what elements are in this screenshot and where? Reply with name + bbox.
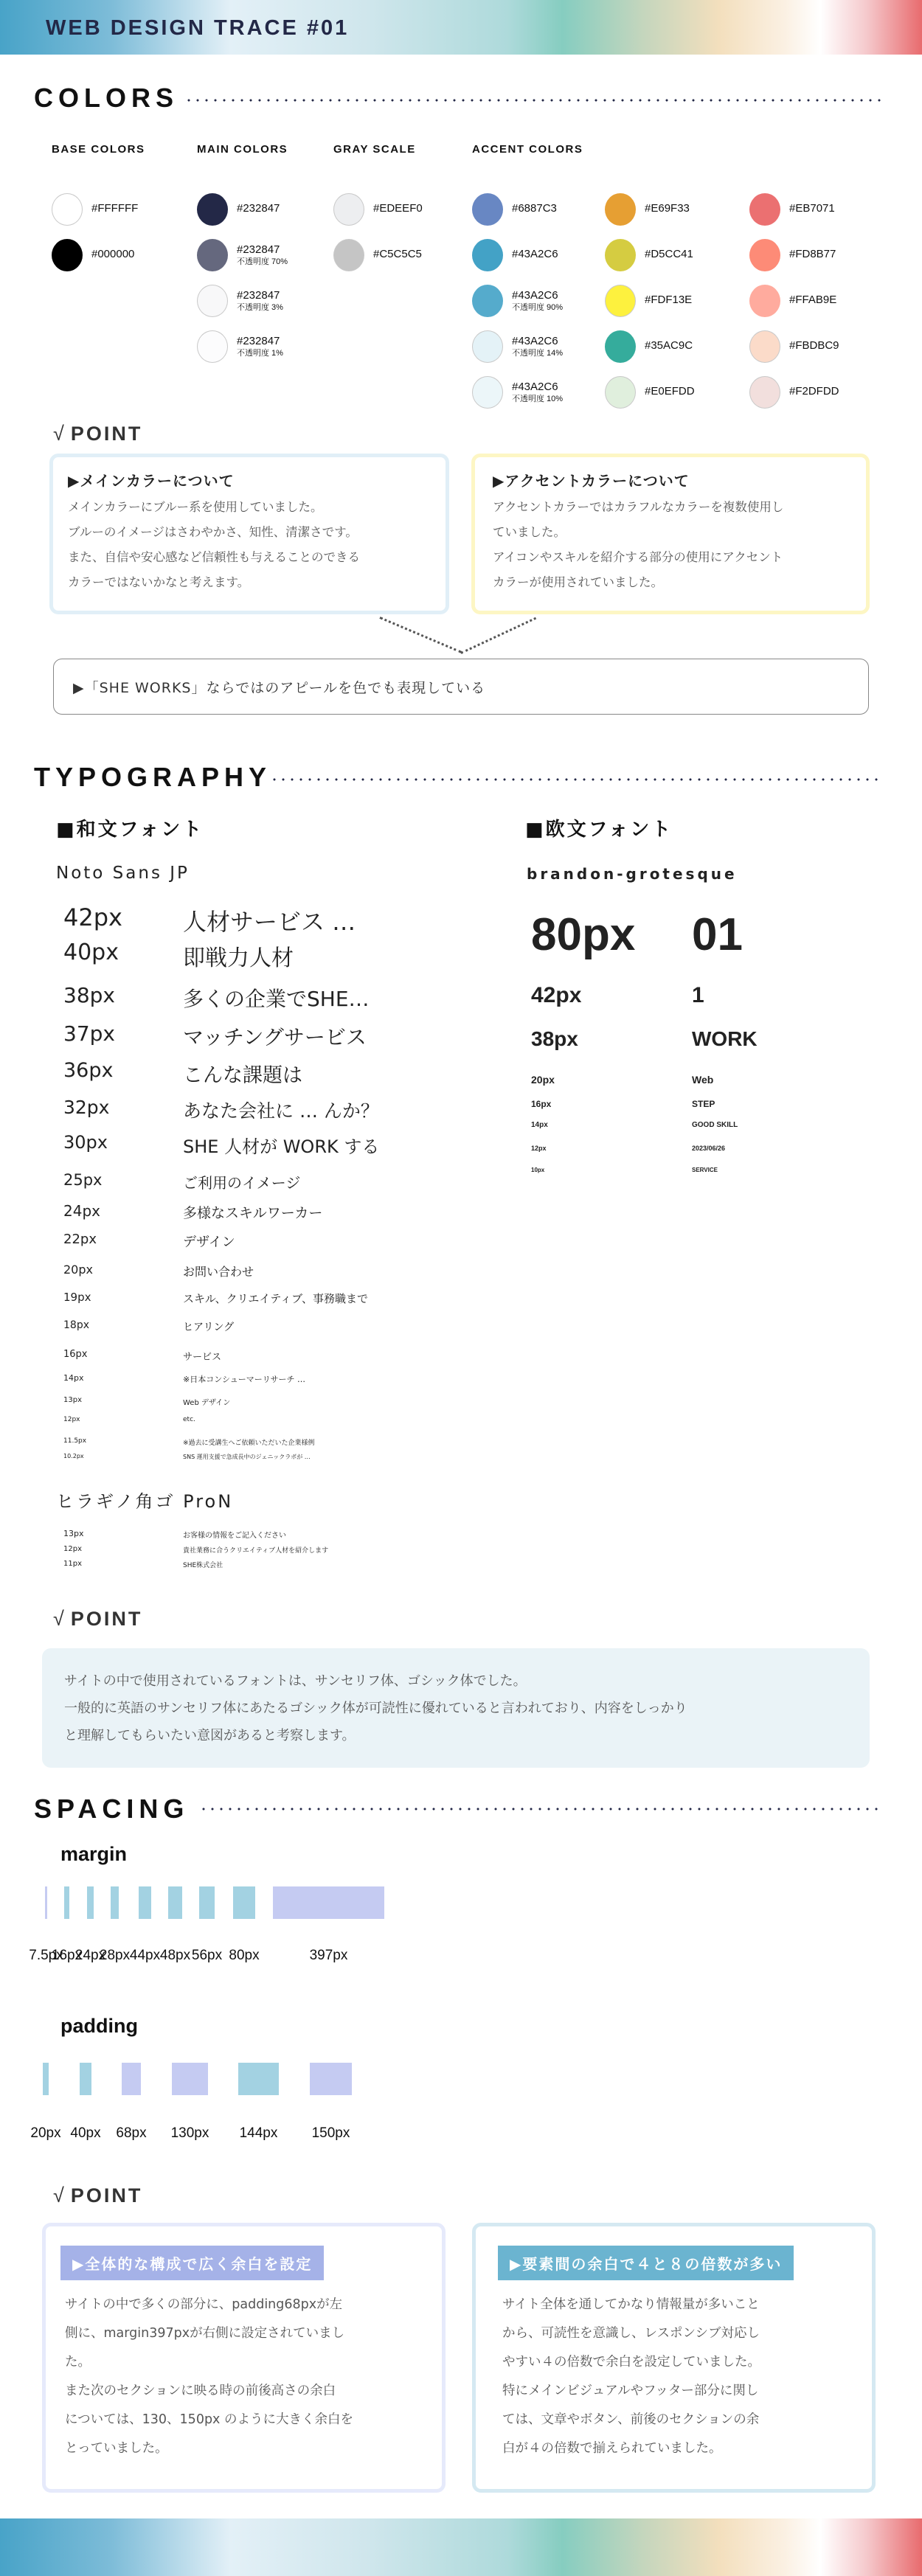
spacing-right-box-title: ▶要素間の余白で４と８の倍数が多い	[498, 2246, 794, 2280]
color-label: #FDF13E	[645, 294, 692, 308]
colors-point-heading: √POINT	[53, 423, 142, 445]
font-size-label: 36px	[63, 1059, 113, 1082]
color-circle	[605, 376, 636, 409]
spacing-value-label: 44px	[130, 1948, 160, 1964]
spacing-bar	[310, 2063, 352, 2095]
font-size-label: 12px	[531, 1145, 547, 1152]
color-circle	[605, 330, 636, 363]
font-size-label: 42px	[63, 903, 122, 931]
font-sample-text: GOOD SKILL	[692, 1121, 738, 1129]
font-size-label: 12px	[63, 1545, 82, 1553]
spacing-value-label: 144px	[240, 2125, 278, 2142]
font-size-label: 13px	[63, 1396, 82, 1404]
spacing-left-box-body: サイトの中で多くの部分に、padding68pxが左 側に、margin397p…	[60, 2291, 427, 2463]
dotted-divider	[199, 1808, 882, 1811]
spacing-value-label: 68px	[116, 2125, 146, 2142]
spacing-bar	[273, 1886, 384, 1919]
font-sample-text: SHE株式会社	[183, 1560, 223, 1569]
hiragino-label: ヒラギノ角ゴ ProN	[56, 1487, 233, 1513]
color-circle	[472, 376, 503, 409]
summary-callout: ▶「SHE WORKS」ならではのアピールを色でも表現している	[53, 659, 869, 715]
color-swatch: #232847	[197, 193, 280, 226]
font-size-label: 20px	[63, 1263, 93, 1277]
color-circle	[605, 239, 636, 271]
check-icon: √	[53, 1608, 66, 1630]
typography-note: サイトの中で使用されているフォントは、サンセリフ体、ゴシック体でした。 一般的に…	[42, 1648, 870, 1768]
color-circle	[749, 376, 780, 409]
spacing-bar	[199, 1886, 215, 1919]
spacing-left-box: ▶全体的な構成で広く余白を設定 サイトの中で多くの部分に、padding68px…	[42, 2223, 446, 2493]
font-sample-text: ヒアリング	[183, 1319, 234, 1334]
font-size-label: 22px	[63, 1232, 97, 1247]
color-swatch: #FDF13E	[605, 285, 692, 317]
color-label: #FFFFFF	[91, 203, 138, 217]
main-color-box: ▶メインカラーについて メインカラーにブルー系を使用していました。 ブルーのイメ…	[49, 454, 449, 614]
color-circle	[605, 285, 636, 317]
color-label: #35AC9C	[645, 340, 693, 354]
dotted-divider	[270, 778, 882, 781]
color-label: #F2DFDD	[789, 386, 839, 400]
font-size-label: 11.5px	[63, 1437, 86, 1445]
dotted-divider	[184, 99, 881, 102]
color-swatch: #232847不透明度 70%	[197, 239, 288, 271]
color-circle	[749, 239, 780, 271]
spacing-right-box-body: サイト全体を通してかなり情報量が多いこと から、可読性を意識し、レスポンシブ対応…	[498, 2291, 850, 2463]
color-swatch: #FFFFFF	[52, 193, 138, 226]
color-label: #43A2C6不透明度 10%	[512, 381, 563, 404]
spacing-value-label: 397px	[310, 1948, 348, 1964]
spacing-value-label: 80px	[229, 1948, 259, 1964]
brandon-grotesque-label: brandon-grotesque	[527, 865, 738, 883]
color-label: #232847不透明度 70%	[237, 244, 288, 267]
spacing-value-label: 130px	[171, 2125, 209, 2142]
font-size-label: 16px	[63, 1349, 88, 1360]
color-circle	[749, 285, 780, 317]
font-sample-text: WORK	[692, 1027, 758, 1051]
font-sample-text: 2023/06/26	[692, 1145, 725, 1152]
color-swatch: #FFAB9E	[749, 285, 836, 317]
accent-color-box-title: ▶アクセントカラーについて	[493, 469, 848, 490]
spacing-bar	[122, 2063, 141, 2095]
color-swatch: #000000	[52, 239, 134, 271]
accent-colors-heading: ACCENT COLORS	[472, 143, 583, 156]
color-swatch: #F2DFDD	[749, 376, 839, 409]
color-label: #D5CC41	[645, 249, 693, 263]
spacing-bar	[111, 1886, 119, 1919]
color-circle	[333, 193, 364, 226]
color-swatch: #E0EFDD	[605, 376, 695, 409]
font-sample-text: マッチングサービス	[183, 1021, 367, 1051]
check-icon: √	[53, 423, 66, 445]
font-size-label: 42px	[531, 983, 581, 1008]
spacing-value-label: 20px	[30, 2125, 60, 2142]
check-icon: √	[53, 2184, 66, 2207]
color-circle	[197, 285, 228, 317]
color-swatch: #C5C5C5	[333, 239, 422, 271]
color-label: #EDEEF0	[373, 203, 423, 217]
color-label: #43A2C6不透明度 14%	[512, 336, 563, 358]
main-color-box-title: ▶メインカラーについて	[68, 469, 431, 490]
color-circle	[52, 193, 83, 226]
color-circle	[52, 239, 83, 271]
color-label: #E69F33	[645, 203, 690, 217]
western-font-heading: ■欧文フォント	[525, 814, 673, 841]
dotted-connector-left	[379, 617, 462, 653]
margin-label: margin	[60, 1843, 127, 1866]
color-circle	[605, 193, 636, 226]
color-swatch: #E69F33	[605, 193, 690, 226]
footer-banner	[0, 2518, 922, 2576]
spacing-point-heading: √POINT	[53, 2184, 142, 2207]
color-circle	[472, 193, 503, 226]
font-sample-text: STEP	[692, 1099, 715, 1109]
base-colors-heading: BASE COLORS	[52, 143, 145, 156]
font-sample-text: SHE 人材が WORK する	[183, 1132, 379, 1158]
japanese-font-heading: ■和文フォント	[56, 814, 204, 841]
font-size-label: 14px	[63, 1373, 84, 1383]
section-title-typography: TYPOGRAPHY	[34, 762, 271, 793]
font-size-label: 19px	[63, 1291, 91, 1304]
font-sample-text: あなた会社に … んか？	[183, 1097, 379, 1123]
spacing-value-label: 48px	[160, 1948, 190, 1964]
color-circle	[472, 239, 503, 271]
section-title-spacing: SPACING	[34, 1794, 189, 1825]
section-title-colors: COLORS	[34, 83, 178, 114]
color-circle	[472, 285, 503, 317]
header-banner: WEB DESIGN TRACE #01	[0, 0, 922, 55]
main-color-box-body: メインカラーにブルー系を使用していました。 ブルーのイメージはさわやかさ、知性、…	[68, 495, 431, 595]
font-sample-text: スキル、クリエイティブ、事務職まで	[183, 1291, 368, 1306]
color-label: #232847不透明度 3%	[237, 290, 283, 313]
main-colors-heading: MAIN COLORS	[197, 143, 288, 156]
color-swatch: #EDEEF0	[333, 193, 423, 226]
spacing-bar	[238, 2063, 279, 2095]
color-swatch: #35AC9C	[605, 330, 693, 363]
spacing-right-box: ▶要素間の余白で４と８の倍数が多い サイト全体を通してかなり情報量が多いこと か…	[472, 2223, 876, 2493]
color-circle	[197, 193, 228, 226]
font-sample-text: ※過去に受講生へご依頼いただいた企業様例	[183, 1437, 315, 1447]
color-swatch: #6887C3	[472, 193, 557, 226]
font-size-label: 80px	[531, 909, 635, 961]
font-sample-text: SNS 運用支援で急成長中のジェニックラボが …	[183, 1453, 311, 1461]
color-label: #232847不透明度 1%	[237, 336, 283, 358]
spacing-left-box-title: ▶全体的な構成で広く余白を設定	[60, 2246, 324, 2280]
font-sample-text: Web デザイン	[183, 1396, 230, 1407]
font-sample-text: 1	[692, 983, 704, 1008]
font-size-label: 30px	[63, 1132, 108, 1153]
color-label: #43A2C6不透明度 90%	[512, 290, 563, 313]
spacing-bar	[87, 1886, 94, 1919]
font-size-label: 24px	[63, 1202, 100, 1220]
font-sample-text: etc.	[183, 1416, 195, 1423]
spacing-bar	[43, 2063, 49, 2095]
color-label: #EB7071	[789, 203, 835, 217]
font-size-label: 10.2px	[63, 1453, 84, 1459]
noto-sans-label: Noto Sans JP	[56, 864, 190, 883]
color-circle	[333, 239, 364, 271]
font-sample-text: Web	[692, 1074, 713, 1086]
font-size-label: 14px	[531, 1121, 548, 1129]
font-sample-text: お客様の情報をご記入ください	[183, 1529, 286, 1540]
font-size-label: 40px	[63, 940, 119, 965]
spacing-bar	[172, 2063, 208, 2095]
color-label: #232847	[237, 203, 280, 217]
color-circle	[197, 239, 228, 271]
color-label: #FD8B77	[789, 249, 836, 263]
color-swatch: #FBDBC9	[749, 330, 839, 363]
spacing-bar	[64, 1886, 69, 1919]
color-label: #000000	[91, 249, 134, 263]
spacing-bar	[168, 1886, 182, 1919]
color-swatch: #EB7071	[749, 193, 835, 226]
font-sample-text: 多様なスキルワーカー	[183, 1202, 322, 1222]
font-size-label: 38px	[531, 1027, 578, 1051]
font-sample-text: 貴社業務に合うクリエイティブ人材を紹介します	[183, 1545, 328, 1555]
gray-scale-heading: GRAY SCALE	[333, 143, 416, 156]
typography-point-heading: √POINT	[53, 1608, 142, 1631]
accent-color-box: ▶アクセントカラーについて アクセントカラーではカラフルなカラーを複数使用し て…	[471, 454, 870, 614]
color-circle	[749, 193, 780, 226]
color-swatch: #43A2C6不透明度 10%	[472, 376, 563, 409]
font-size-label: 37px	[63, 1021, 115, 1046]
font-sample-text: ご利用のイメージ	[183, 1171, 300, 1192]
font-sample-text: こんな課題は	[183, 1059, 302, 1088]
color-label: #43A2C6	[512, 249, 558, 263]
font-sample-text: お問い合わせ	[183, 1263, 254, 1280]
font-size-label: 13px	[63, 1529, 84, 1538]
color-label: #FBDBC9	[789, 340, 839, 354]
spacing-bar	[139, 1886, 151, 1919]
font-sample-text: 即戦力人材	[183, 940, 294, 972]
font-sample-text: 人材サービス …	[183, 903, 356, 937]
color-swatch: #D5CC41	[605, 239, 693, 271]
font-size-label: 11px	[63, 1560, 82, 1568]
spacing-bar	[45, 1886, 47, 1919]
font-size-label: 32px	[63, 1097, 109, 1118]
font-size-label: 10px	[531, 1167, 544, 1173]
font-size-label: 25px	[63, 1171, 102, 1189]
font-sample-text: 01	[692, 909, 743, 961]
font-size-label: 20px	[531, 1074, 555, 1086]
color-circle	[197, 330, 228, 363]
font-sample-text: ※日本コンシューマーリサーチ …	[183, 1373, 305, 1385]
font-size-label: 18px	[63, 1319, 89, 1331]
color-swatch: #232847不透明度 1%	[197, 330, 283, 363]
spacing-value-label: 150px	[312, 2125, 350, 2142]
font-sample-text: デザイン	[183, 1232, 235, 1251]
spacing-value-label: 28px	[100, 1948, 130, 1964]
font-sample-text: サービス	[183, 1349, 221, 1363]
color-swatch: #43A2C6不透明度 90%	[472, 285, 563, 317]
spacing-bar	[233, 1886, 255, 1919]
font-size-label: 16px	[531, 1099, 551, 1109]
accent-color-box-body: アクセントカラーではカラフルなカラーを複数使用し ていました。 アイコンやスキル…	[493, 495, 848, 595]
color-swatch: #FD8B77	[749, 239, 836, 271]
color-swatch: #43A2C6	[472, 239, 558, 271]
spacing-value-label: 56px	[192, 1948, 222, 1964]
font-sample-text: 多くの企業でSHE…	[183, 983, 370, 1013]
font-size-label: 38px	[63, 983, 115, 1007]
font-sample-text: SERVICE	[692, 1167, 718, 1173]
page-title: WEB DESIGN TRACE #01	[46, 16, 349, 41]
color-label: #6887C3	[512, 203, 557, 217]
color-label: #FFAB9E	[789, 294, 836, 308]
color-label: #E0EFDD	[645, 386, 695, 400]
color-circle	[749, 330, 780, 363]
spacing-value-label: 40px	[70, 2125, 100, 2142]
font-size-label: 12px	[63, 1416, 80, 1423]
color-label: #C5C5C5	[373, 249, 422, 263]
color-swatch: #232847不透明度 3%	[197, 285, 283, 317]
spacing-bar	[80, 2063, 91, 2095]
color-swatch: #43A2C6不透明度 14%	[472, 330, 563, 363]
padding-label: padding	[60, 2015, 138, 2038]
color-circle	[472, 330, 503, 363]
dotted-connector-right	[460, 617, 536, 654]
